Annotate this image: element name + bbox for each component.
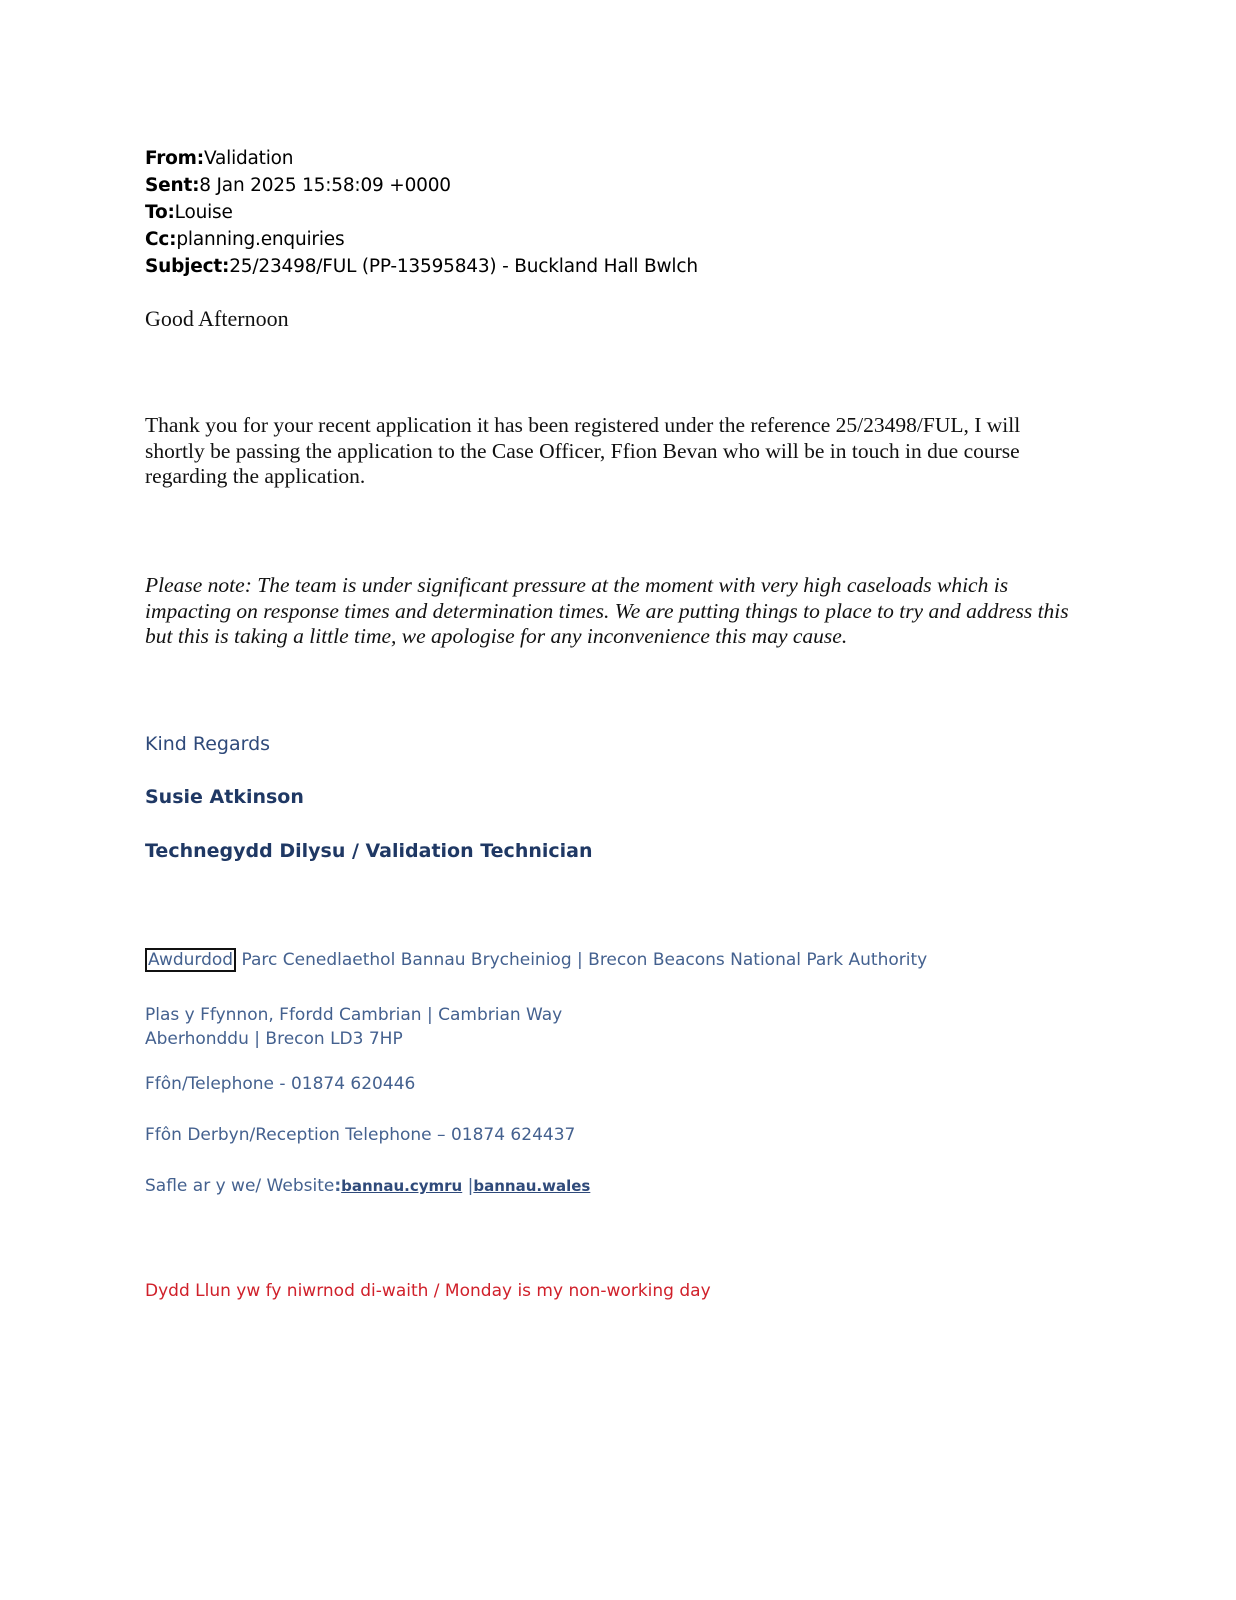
org-highlighted-word: Awdurdod xyxy=(145,948,236,972)
sent-label: Sent: xyxy=(145,175,199,196)
subject-value: 25/23498/FUL (PP-13595843) - Buckland Ha… xyxy=(229,256,698,277)
address-line-1: Plas y Ffynnon, Ffordd Cambrian | Cambri… xyxy=(145,1003,562,1027)
organisation-line: Awdurdod Parc Cenedlaethol Bannau Bryche… xyxy=(145,950,927,970)
website-link-cymru[interactable]: bannau.cymru xyxy=(341,1177,462,1195)
email-header: From:Validation Sent:8 Jan 2025 15:58:09… xyxy=(145,145,698,280)
address-line-2: Aberhonddu | Brecon LD3 7HP xyxy=(145,1027,562,1051)
website-line: Safle ar y we/ Website:bannau.cymru |ban… xyxy=(145,1176,590,1196)
body-paragraph: Thank you for your recent application it… xyxy=(145,413,1075,490)
from-label: From: xyxy=(145,148,204,169)
sent-value: 8 Jan 2025 15:58:09 +0000 xyxy=(199,175,451,196)
subject-row: Subject:25/23498/FUL (PP-13595843) - Buc… xyxy=(145,253,698,280)
to-row: To:Louise xyxy=(145,199,698,226)
reception-telephone: Ffôn Derbyn/Reception Telephone – 01874 … xyxy=(145,1125,575,1145)
signature-title: Technegydd Dilysu / Validation Technicia… xyxy=(145,840,593,862)
greeting: Good Afternoon xyxy=(145,306,289,332)
cc-value: planning.enquiries xyxy=(176,229,344,250)
to-label: To: xyxy=(145,202,175,223)
from-row: From:Validation xyxy=(145,145,698,172)
to-value: Louise xyxy=(175,202,233,223)
cc-label: Cc: xyxy=(145,229,176,250)
address: Plas y Ffynnon, Ffordd Cambrian | Cambri… xyxy=(145,1003,562,1051)
org-name: Parc Cenedlaethol Bannau Brycheiniog | B… xyxy=(236,950,927,970)
website-separator: | xyxy=(462,1176,473,1196)
signature-name: Susie Atkinson xyxy=(145,786,304,808)
notice-paragraph: Please note: The team is under significa… xyxy=(145,573,1085,650)
website-label: Safle ar y we/ Website xyxy=(145,1176,334,1196)
from-value: Validation xyxy=(204,148,293,169)
closing: Kind Regards xyxy=(145,733,270,755)
sent-row: Sent:8 Jan 2025 15:58:09 +0000 xyxy=(145,172,698,199)
subject-label: Subject: xyxy=(145,256,229,277)
telephone: Ffôn/Telephone - 01874 620446 xyxy=(145,1074,415,1094)
cc-row: Cc:planning.enquiries xyxy=(145,226,698,253)
non-working-day-notice: Dydd Llun yw fy niwrnod di-waith / Monda… xyxy=(145,1281,711,1301)
website-link-wales[interactable]: bannau.wales xyxy=(473,1177,590,1195)
email-document: From:Validation Sent:8 Jan 2025 15:58:09… xyxy=(0,0,1236,1600)
